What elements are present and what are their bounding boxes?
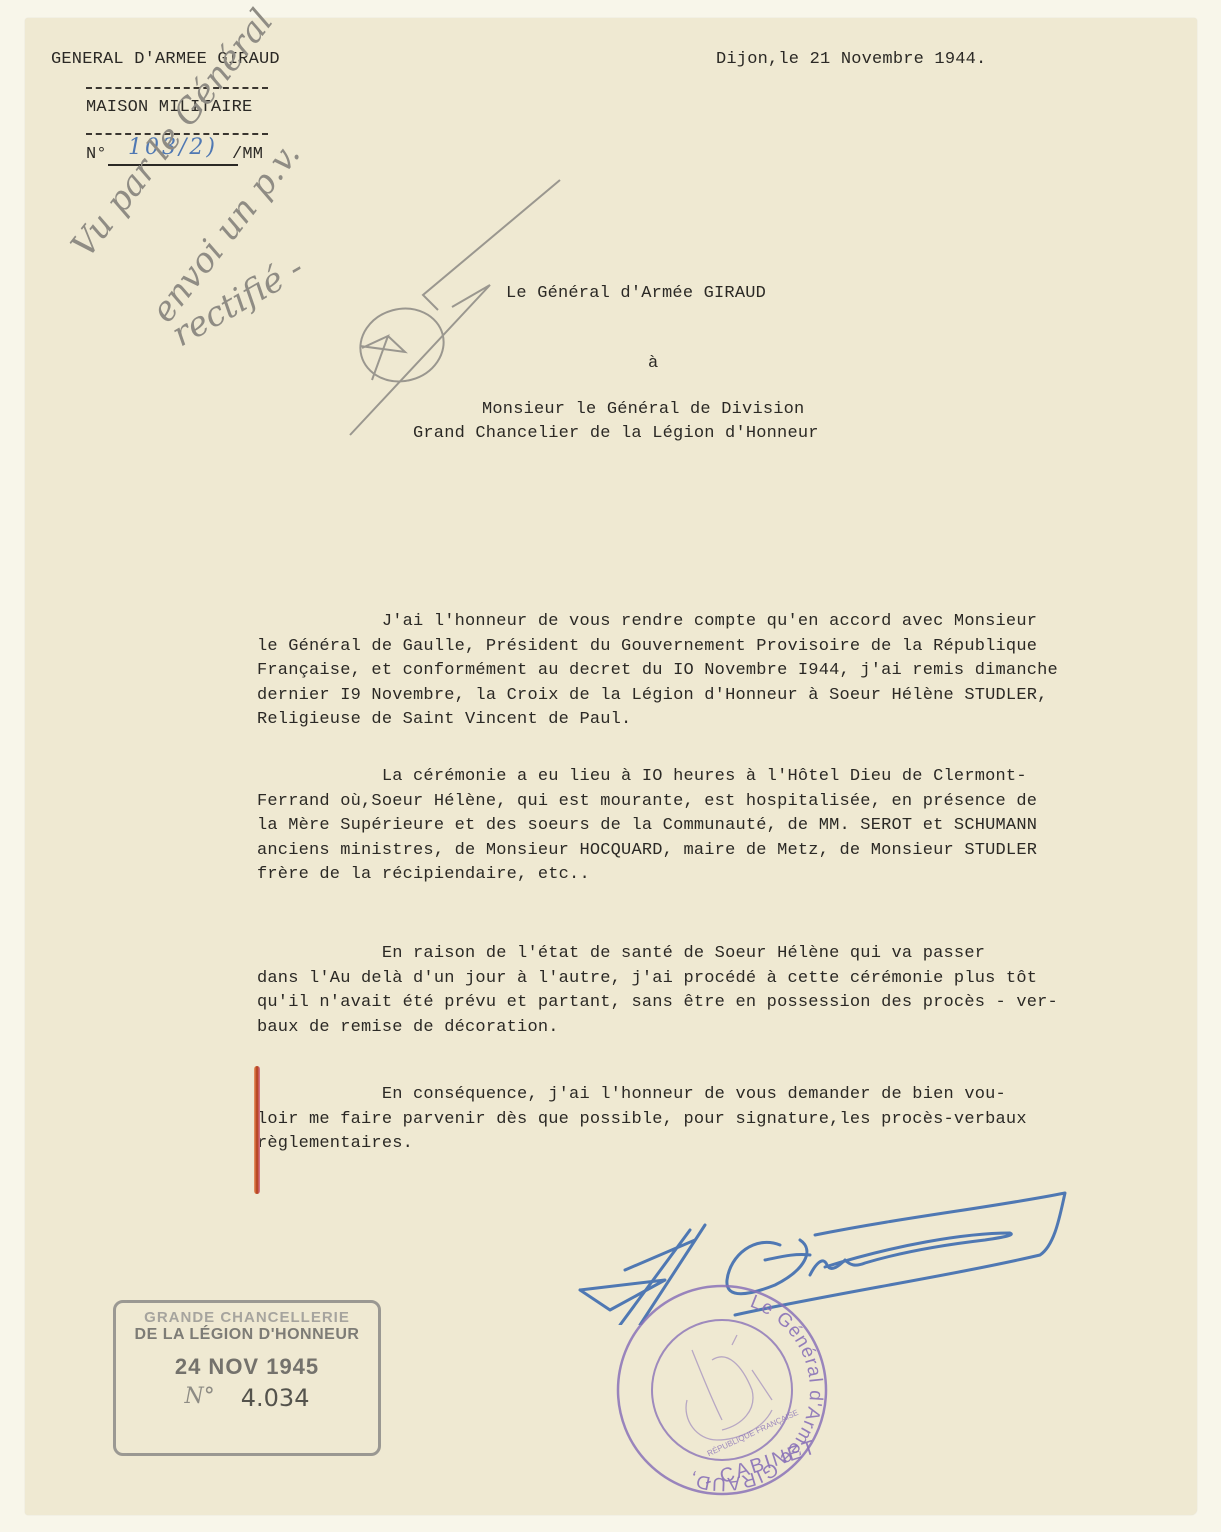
reference-prefix: N° — [86, 143, 107, 168]
body-paragraph-2: La cérémonie a eu lieu à IO heures à l'H… — [257, 765, 1037, 888]
stamp-number-label: N° — [185, 1384, 215, 1412]
body-line: baux de remise de décoration. — [257, 1016, 1058, 1041]
recipient-line1: Monsieur le Général de Division — [482, 398, 804, 423]
body-line: anciens ministres, de Monsieur HOCQUARD,… — [257, 839, 1037, 864]
stamp-date: 24 NOV 1945 — [116, 1354, 378, 1380]
body-paragraph-3: En raison de l'état de santé de Soeur Hé… — [257, 942, 1058, 1040]
reception-stamp: GRANDE CHANCELLERIE DE LA LÉGION D'HONNE… — [113, 1300, 381, 1456]
stamp-line1: GRANDE CHANCELLERIE — [116, 1309, 378, 1326]
body-paragraph-4: En conséquence, j'ai l'honneur de vous d… — [257, 1083, 1027, 1157]
body-line: En raison de l'état de santé de Soeur Hé… — [257, 942, 1058, 967]
body-line: le Général de Gaulle, Président du Gouve… — [257, 635, 1058, 660]
to-word: à — [648, 352, 658, 377]
body-line: dernier I9 Novembre, la Croix de la Légi… — [257, 684, 1058, 709]
sender-line: Le Général d'Armée GIRAUD — [506, 282, 766, 307]
body-line: qu'il n'avait été prévu et partant, sans… — [257, 991, 1058, 1016]
recipient-line2: Grand Chancelier de la Légion d'Honneur — [413, 422, 819, 447]
body-line: Française, et conformément au decret du … — [257, 659, 1058, 684]
letterhead-divider — [86, 87, 268, 89]
body-line: frère de la récipiendaire, etc.. — [257, 863, 1037, 888]
red-margin-mark — [254, 1066, 260, 1194]
body-line: loir me faire parvenir dès que possible,… — [257, 1108, 1027, 1133]
body-line: la Mère Supérieure et des soeurs de la C… — [257, 814, 1037, 839]
body-line: Ferrand où,Soeur Hélène, qui est mourant… — [257, 790, 1037, 815]
body-line: J'ai l'honneur de vous rendre compte qu'… — [257, 610, 1058, 635]
body-line: Religieuse de Saint Vincent de Paul. — [257, 708, 1058, 733]
body-line: La cérémonie a eu lieu à IO heures à l'H… — [257, 765, 1037, 790]
stamp-line2: DE LA LÉGION D'HONNEUR — [116, 1326, 378, 1344]
cabinet-round-stamp: RÉPUBLIQUE FRANÇAISE Le Général d'Armée … — [612, 1280, 832, 1500]
body-line: dans l'Au delà d'un jour à l'autre, j'ai… — [257, 967, 1058, 992]
body-paragraph-1: J'ai l'honneur de vous rendre compte qu'… — [257, 610, 1058, 733]
body-line: En conséquence, j'ai l'honneur de vous d… — [257, 1083, 1027, 1108]
stamp-number-value: 4.034 — [241, 1384, 310, 1412]
dateline: Dijon,le 21 Novembre 1944. — [716, 48, 986, 73]
body-line: règlementaires. — [257, 1132, 1027, 1157]
